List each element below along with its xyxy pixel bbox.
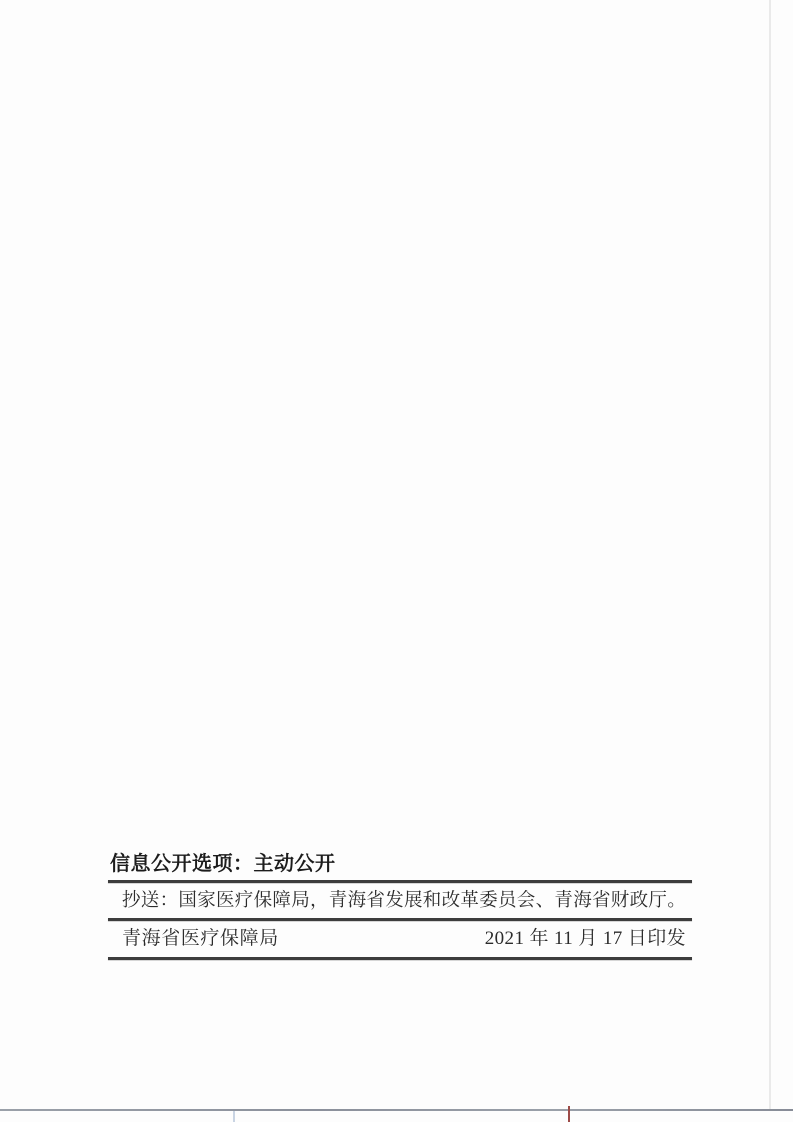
- red-registration-mark: [568, 1106, 570, 1122]
- disclosure-option-label: 信息公开选项：: [110, 853, 254, 875]
- footer-rule-top: [108, 880, 692, 883]
- page-bottom-edge-line: [0, 1109, 793, 1111]
- scan-right-edge-line: [769, 0, 771, 1109]
- scanned-document-page: 信息公开选项：主动公开 抄送：国家医疗保障局，青海省发展和改革委员会、青海省财政…: [0, 0, 793, 1122]
- footer-rule-middle: [108, 918, 692, 921]
- imprint-row: 青海省医疗保障局 2021 年 11 月 17 日印发: [122, 926, 686, 952]
- issuing-agency: 青海省医疗保障局: [122, 926, 279, 952]
- blue-registration-mark: [233, 1111, 235, 1122]
- print-date: 2021 年 11 月 17 日印发: [485, 926, 686, 952]
- cc-recipients-line: 抄送：国家医疗保障局，青海省发展和改革委员会、青海省财政厅。: [122, 889, 688, 913]
- disclosure-option-value: 主动公开: [254, 853, 336, 875]
- footer-rule-bottom: [108, 957, 692, 960]
- disclosure-option-line: 信息公开选项：主动公开: [110, 851, 692, 877]
